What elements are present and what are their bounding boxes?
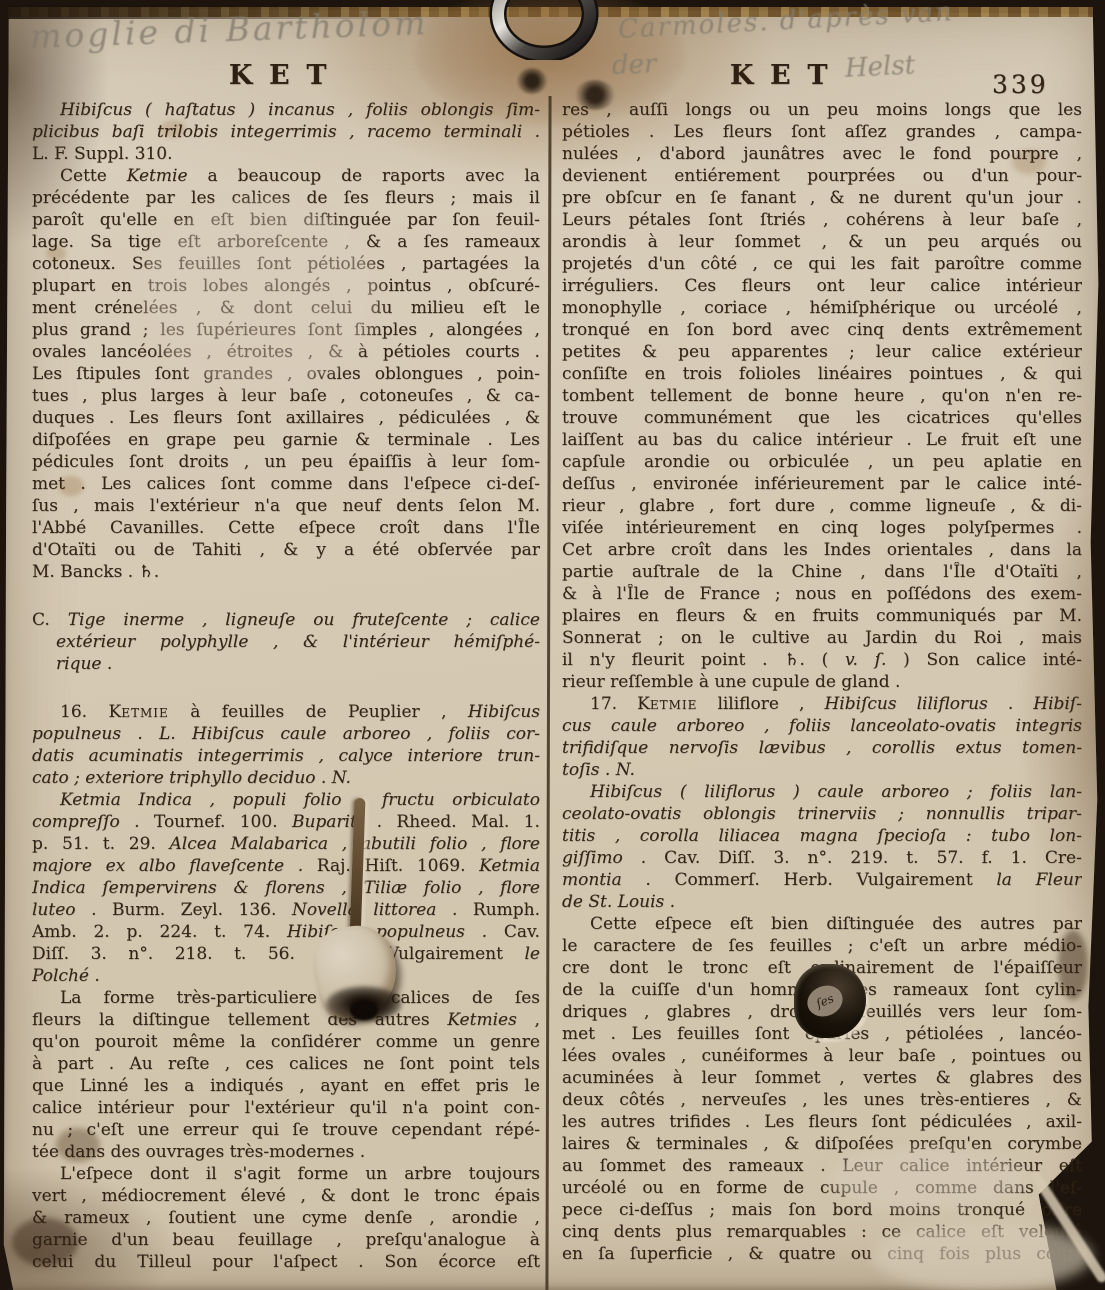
text-line: lecaracteredeſesfeuilles;c'eſtunarbreméd…: [562, 936, 1082, 958]
text-line: plicibusbaſitrilobisintegerrimis,racemot…: [32, 122, 540, 144]
text-line: lage.Satigeeſtarboreſcente,&aſesrameaux: [32, 232, 540, 254]
text-line: res,auſſilongsouunpeumoinslongsqueles: [562, 100, 1082, 122]
text-line: ceolato-ovatisoblongistrinerviis;nonnull…: [562, 804, 1082, 826]
text-line: queLinnélesaindiqués,ayanteneffetprisle: [32, 1076, 540, 1098]
text-line: enſaſuperficie,&quatreoucinqfoispluscour…: [562, 1244, 1082, 1266]
text-line: rieur,glabre,fortdure,commeligneuſe,&di-: [562, 496, 1082, 518]
text-line: paroîtqu'elleeneſtbiendiſtinguéeparſonfe…: [32, 210, 540, 232]
text-line: pédiculesſontdroits,unpeuépaiſſisàleurſo…: [32, 452, 540, 474]
text-line: &àl'ÎledeFrance;nousenpoſſédonsdesexem-: [562, 584, 1082, 606]
text-line: toſis . N.: [562, 760, 1082, 782]
text-line: iln'yfleuritpoint.♄.(v.ſ.)Soncaliceinté-: [562, 650, 1082, 672]
text-line: Hibiſcus(liliflorus)caulearboreo;foliisl…: [562, 782, 1082, 804]
text-line: cotoneux.Sesfeuillesſontpétiolées,partag…: [32, 254, 540, 276]
text-line: plupartentroislobesalongés,pointus,obſcu…: [32, 276, 540, 298]
text-line: Hibiſcus(haſtatus)incanus,foliisoblongis…: [32, 100, 540, 122]
text-line: petites&peuapparentes;leurcaliceextérieu…: [562, 342, 1082, 364]
text-line: cuscaulearboreo,foliislanceolato-ovatisi…: [562, 716, 1082, 738]
text-line: auſommetdesrameaux.Leurcaliceintérieureſ…: [562, 1156, 1082, 1178]
text-line: giſſimo.Cav.Diſſ.3.n°.219.t.57.f.1.Cre-: [562, 848, 1082, 870]
text-line: 16.KetmieàfeuillesdePeuplier,Hibiſcus: [32, 702, 540, 724]
paragraph: CetteKetmieabeaucoupderaportsaveclaprécé…: [32, 166, 540, 584]
paragraph: res,auſſilongsouunpeumoinslongsquelespét…: [562, 100, 1082, 694]
text-line: M. Bancks . ♄.: [32, 562, 540, 584]
text-line: datisacuminatisintegerrimis,calyceinteri…: [32, 746, 540, 768]
text-line: C.Tigeinerme,ligneuſeoufruteſcente;calic…: [32, 610, 540, 632]
text-line: plusgrand;lesſupérieuresſontſimples,alon…: [32, 320, 540, 342]
paragraph: 17.Ketmieliliflore,Hibiſcusliliflorus.Hi…: [562, 694, 1082, 782]
text-line: Amb.2.p.224.t.74.Hibiſcuspopulneus.Cav.: [32, 922, 540, 944]
text-line: capſulearondieouorbiculée,unpeuaplatieen: [562, 452, 1082, 474]
text-line: p.51.t.29.AlceaMalabarica,abutilifolio,f…: [32, 834, 540, 856]
text-line: de St. Louis .: [562, 892, 1082, 914]
text-line: partieauſtraledelaChine,dansl'Îled'Otaït…: [562, 562, 1082, 584]
text-line: diſpoſéesengrapepeugarnie&terminale.Les: [32, 430, 540, 452]
text-line: Sonnerat;onlecultiveauJardinduRoi,mais: [562, 628, 1082, 650]
text-line: Polché .: [32, 966, 540, 988]
text-line: laiſſentaubasducaliceintérieur.Lefruiteſ…: [562, 430, 1082, 452]
text-line: d'OtaïtioudeTahiti,&yaétéobſervéepar: [32, 540, 540, 562]
text-line: pétioles.Lesfleursſontaſſezgrandes,campa…: [562, 122, 1082, 144]
paragraph: Laformetrès-particulieredescalicesdeſesf…: [32, 988, 540, 1164]
running-header-right: KET: [562, 60, 1012, 91]
paragraph: C.Tigeinerme,ligneuſeoufruteſcente;calic…: [32, 610, 540, 676]
text-line: lesautrestrifides.Lesfleursſontpédiculée…: [562, 1112, 1082, 1134]
text-line: CetarbrecroîtdanslesIndesorientales,dans…: [562, 540, 1082, 562]
paragraph: L'eſpecedontils'agitformeunarbretoujours…: [32, 1164, 540, 1274]
text-line: rique .: [32, 654, 540, 676]
text-line: précédenteparlescalicesdeſesfleurs;maisi…: [32, 188, 540, 210]
text-column-left: Hibiſcus(haſtatus)incanus,foliisoblongis…: [32, 100, 540, 1290]
hole-showthrough-text: ſes: [803, 980, 848, 1021]
paragraph: 16.KetmieàfeuillesdePeuplier,Hibiſcuspop…: [32, 702, 540, 790]
text-line: cinqdentsplusremarquables:cecaliceeſtvel…: [562, 1222, 1082, 1244]
text-line: Lesſtipulesſontgrandes,ovalesoblongues,p…: [32, 364, 540, 386]
text-line: rieur reſſemble à une cupule de gland .: [562, 672, 1082, 694]
text-line: garnied'unbeaufeuillage,preſqu'analogueà: [32, 1230, 540, 1252]
text-line: caliceintérieurpourl'extérieurqu'iln'apo…: [32, 1098, 540, 1120]
text-line: ovaleslancéolées,étroites,&àpétiolescour…: [32, 342, 540, 364]
text-line: laires&terminales,&diſpoſéespreſqu'encor…: [562, 1134, 1082, 1156]
text-line: tronquéenſonbordaveccinqdentsextrêmement: [562, 320, 1082, 342]
text-line: léesovales,cunéiformesàleurbaſe,pointues…: [562, 1046, 1082, 1068]
running-header-left: KET: [32, 60, 540, 91]
text-line: L'eſpecedontils'agitformeunarbretoujours: [32, 1164, 540, 1186]
text-line: Leurspétalesſontſtriés,cohérensàleurbaſe…: [562, 210, 1082, 232]
text-line: trifidiſquenervoſislævibus,corollisextus…: [562, 738, 1082, 760]
text-line: monophylle,coriace,hémiſphériqueouurcéol…: [562, 298, 1082, 320]
text-line: plairesenfleurs&enfruitscommuniquésparM.: [562, 606, 1082, 628]
text-line: devienententiérementpourpréesoud'unpour-: [562, 166, 1082, 188]
text-line: luteo.Burm.Zeyl.136.Novellalittorea.Rump…: [32, 900, 540, 922]
paragraph: Hibiſcus(liliflorus)caulearboreo;foliisl…: [562, 782, 1082, 914]
text-column-right: res,auſſilongsouunpeumoinslongsquelespét…: [562, 100, 1082, 1290]
text-line: projetésd'uncôté,cequilesfaitparoîtrecom…: [562, 254, 1082, 276]
text-line: montia.Commerſ.Herb.VulgairementlaFleur: [562, 870, 1082, 892]
text-line: deuxcôtés,nerveuſes,lesunestrès-entieres…: [562, 1090, 1082, 1112]
text-line: urcéoléouenformedecupule,commedansl'eſ-: [562, 1178, 1082, 1200]
text-line: qu'onpouroitmêmelaconſidérercommeungenre: [32, 1032, 540, 1054]
text-line: tues,pluslargesàleurbaſe,cotoneuſes,&ca-: [32, 386, 540, 408]
text-line: compreſſo.Tournef.100.Bupariti.Rheed.Mal…: [32, 812, 540, 834]
text-line: vert,médiocrementélevé,&dontletroncépais: [32, 1186, 540, 1208]
tear-hole-dark: [350, 1000, 378, 1020]
text-line: fleursladiſtinguetellementdesautresKetmi…: [32, 1010, 540, 1032]
paragraph: KetmiaIndica,populifolio,fructuorbiculat…: [32, 790, 540, 988]
text-line: Diſſ.3.n°.218.t.56.f.1.Vulgairementle: [32, 944, 540, 966]
text-line: àpart.Aureſte,cescalicesneſontpointtels: [32, 1054, 540, 1076]
text-line: extérieurpolyphylle,&l'intérieurhémiſphé…: [32, 632, 540, 654]
text-line: acuminéesàleurſommet,vertes&glabresdes: [562, 1068, 1082, 1090]
binder-ring-icon: [484, 0, 604, 64]
text-line: met.Lescalicesſontcommedansl'eſpececi-de…: [32, 474, 540, 496]
text-line: trouvecommunémentquelescicatricesqu'elle…: [562, 408, 1082, 430]
text-line: CetteKetmieabeaucoupderaportsavecla: [32, 166, 540, 188]
text-line: &rameux,ſoutientunecymedenſe,arondie,: [32, 1208, 540, 1230]
text-line: populneus.L.Hibiſcuscaulearboreo,foliisc…: [32, 724, 540, 746]
page-number: 339: [992, 70, 1049, 99]
text-line: Cetteeſpeceeſtbiendiſtinguéedesautrespar: [562, 914, 1082, 936]
text-line: 17.Ketmieliliflore,Hibiſcusliliflorus.Hi…: [562, 694, 1082, 716]
text-line: viſéeintérieurementencinqlogespolyſperme…: [562, 518, 1082, 540]
text-line: preobſcurenſefanant,&nedurentqu'unjour.: [562, 188, 1082, 210]
text-line: pececi-deſſus;maisſonbordmoinstronquéoff…: [562, 1200, 1082, 1222]
text-line: deſſus,environéeinférieurementparlecalic…: [562, 474, 1082, 496]
text-line: cato ; exteriore triphyllo deciduo . N.: [32, 768, 540, 790]
text-line: mentcrénelées,&dontceluidumilieueſtle: [32, 298, 540, 320]
text-line: tombenttellementdebonneheure,qu'onn'enre…: [562, 386, 1082, 408]
text-line: nulées,d'abordjaunâtresaveclefondpourpre…: [562, 144, 1082, 166]
text-line: conſiſteentroisfolioleslinéairespointues…: [562, 364, 1082, 386]
text-line: l'AbbéCavanilles.Cetteeſpececroîtdansl'Î…: [32, 518, 540, 540]
text-line: irréguliers.Cesfleursontleurcaliceintéri…: [562, 276, 1082, 298]
text-line: Indicaſempervirens&florens,Tiliæfolio,fl…: [32, 878, 540, 900]
text-line: titis,corollaliliaceamagnaſpecioſa:tubol…: [562, 826, 1082, 848]
text-line: duques.Lesfleursſontaxillaires,pédiculée…: [32, 408, 540, 430]
text-line: celuiduTilleulpourl'aſpect.Sonécorceeſt: [32, 1252, 540, 1274]
text-line: KetmiaIndica,populifolio,fructuorbiculat…: [32, 790, 540, 812]
scan-photo-background: { "scan": { "annotations": { "left": "mo…: [0, 0, 1105, 1290]
text-line: Laformetrès-particulieredescalicesdeſes: [32, 988, 540, 1010]
text-line: L. F. Suppl. 310.: [32, 144, 540, 166]
text-line: nu;c'eſtuneerreurquiſetrouvecependantrép…: [32, 1120, 540, 1142]
paragraph: Hibiſcus(haſtatus)incanus,foliisoblongis…: [32, 100, 540, 166]
text-line: arondisàleurſommet,&unpeuarquésou: [562, 232, 1082, 254]
text-line: tée dans des ouvrages très-modernes .: [32, 1142, 540, 1164]
text-line: ſus,maisl'extérieurn'aqueneufdentsſelonM…: [32, 496, 540, 518]
text-line: majoreexalboflaveſcente.Raj.Hiſt.1069.Ke…: [32, 856, 540, 878]
